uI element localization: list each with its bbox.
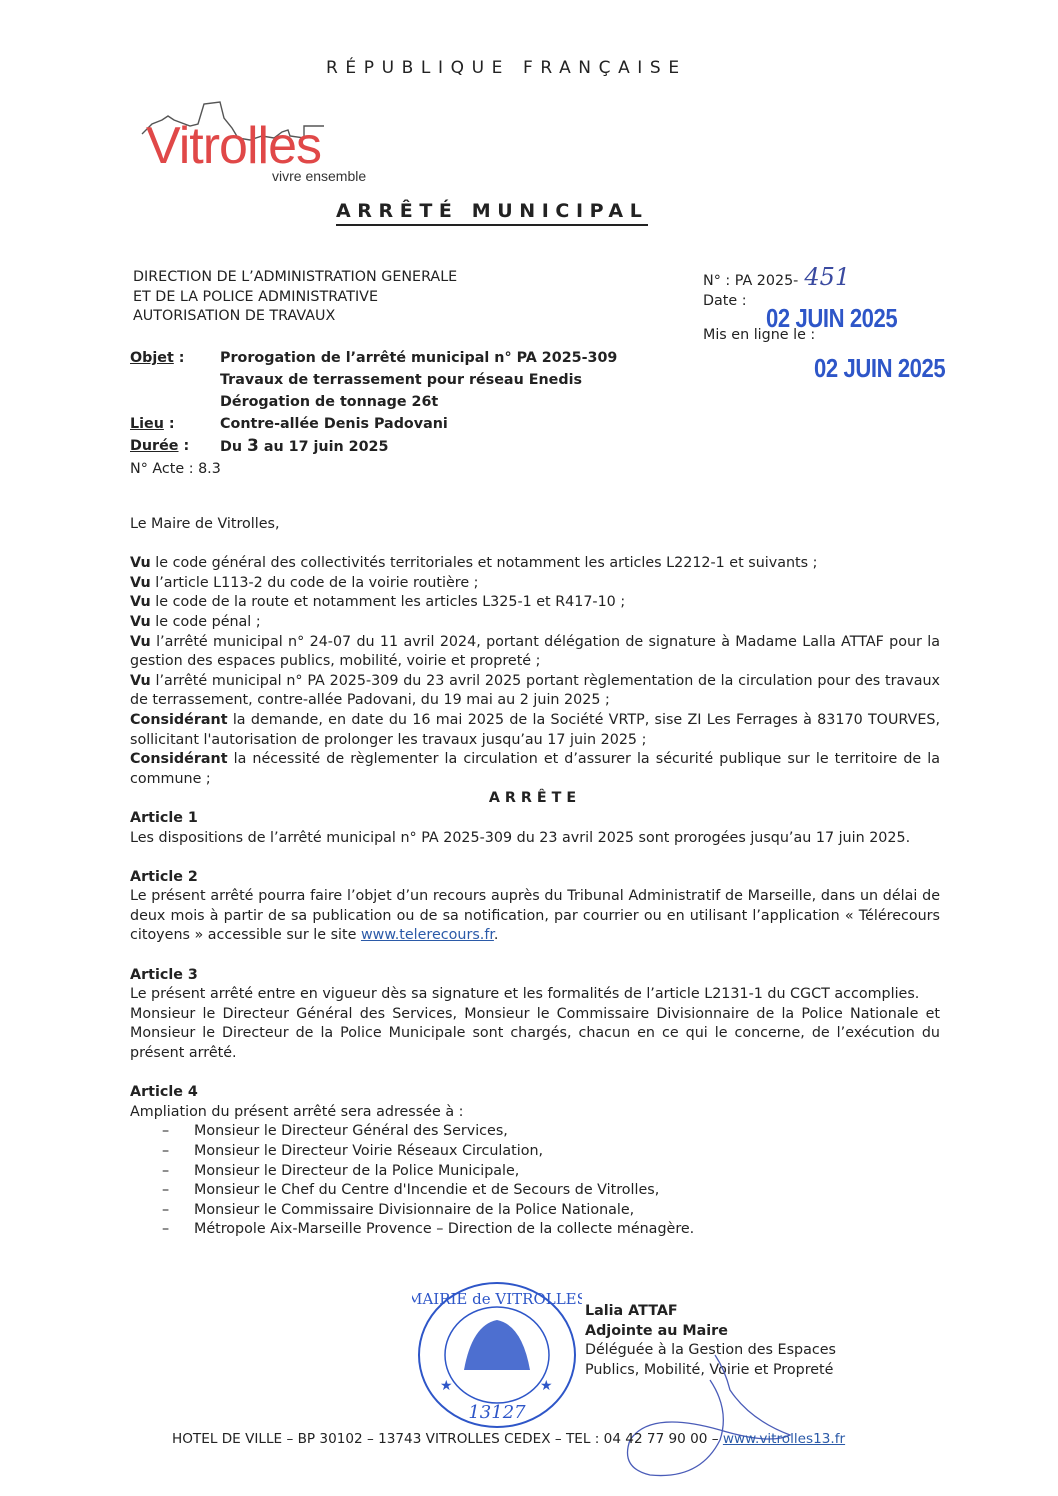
arrete-number-handwritten: 451 [804,263,850,291]
considerations-list: Vu le code général des collectivités ter… [130,554,940,789]
objet-line: Prorogation de l’arrêté municipal n° PA … [220,347,617,369]
consideration-item: Vu l’arrêté municipal n° 24-07 du 11 avr… [130,633,940,672]
direction-line: AUTORISATION DE TRAVAUX [133,307,457,327]
republique-francaise-header: RÉPUBLIQUE FRANÇAISE [326,58,687,78]
acte-number: N° Acte : 8.3 [130,458,617,480]
consideration-item: Vu le code général des collectivités ter… [130,554,940,574]
signatory-role: Adjointe au Maire [585,1323,728,1339]
lieu-value: Contre-allée Denis Padovani [220,413,448,435]
arrete-heading: ARRÊTE [130,789,940,809]
recipient-item: Monsieur le Directeur de la Police Munic… [162,1162,940,1182]
logo-wordmark: Vitrolles [146,116,321,176]
arrete-number-label: N° : PA 2025- [703,273,798,289]
consideration-item: Vu le code pénal ; [130,613,940,633]
recipient-item: Monsieur le Commissaire Divisionnaire de… [162,1201,940,1221]
subject-block: Objet : Prorogation de l’arrêté municipa… [130,347,617,480]
salutation: Le Maire de Vitrolles, [130,515,940,535]
online-date-stamp: 02 JUIN 2025 [814,353,945,384]
lieu-label: Lieu [130,416,164,432]
consideration-item: Vu le code de la route et notamment les … [130,593,940,613]
svg-text:★: ★ [440,1378,453,1394]
vitrolles-logo: Vitrolles vivre ensemble [140,96,410,196]
recipients-list: Monsieur le Directeur Général des Servic… [130,1122,940,1240]
consideration-item: Vu l’arrêté municipal n° PA 2025-309 du … [130,672,940,711]
mairie-seal-stamp-icon: 13127 ★ ★ MAIRIE de VITROLLES [412,1280,582,1430]
objet-line: Travaux de terrassement pour réseau Ened… [220,369,617,391]
svg-text:★: ★ [540,1378,553,1394]
duree-value: Du 3 au 17 juin 2025 [220,435,388,458]
objet-label: Objet [130,350,174,366]
recipient-item: Monsieur le Chef du Centre d'Incendie et… [162,1181,940,1201]
recipient-item: Monsieur le Directeur Voirie Réseaux Cir… [162,1142,940,1162]
consideration-item: Considérant la demande, en date du 16 ma… [130,711,940,750]
article-3-text-2: Monsieur le Directeur Général des Servic… [130,1005,940,1064]
direction-line: ET DE LA POLICE ADMINISTRATIVE [133,288,457,308]
article-2-text: Le présent arrêté pourra faire l’objet d… [130,887,940,946]
article-3-title: Article 3 [130,966,940,986]
decree-body: Le Maire de Vitrolles, Vu le code généra… [130,515,940,1240]
article-2-title: Article 2 [130,868,940,888]
consideration-item: Vu l’article L113-2 du code de la voirie… [130,574,940,594]
logo-tagline: vivre ensemble [272,168,366,184]
footer-address: HOTEL DE VILLE – BP 30102 – 13743 VITROL… [172,1431,845,1447]
recipient-item: Monsieur le Directeur Général des Servic… [162,1122,940,1142]
article-4-text: Ampliation du présent arrêté sera adress… [130,1103,940,1123]
article-1-text: Les dispositions de l’arrêté municipal n… [130,829,940,849]
direction-line: DIRECTION DE L’ADMINISTRATION GENERALE [133,268,457,288]
date-stamp: 02 JUIN 2025 [766,303,897,334]
consideration-item: Considérant la nécessité de règlementer … [130,750,940,789]
svg-text:13127: 13127 [468,1402,526,1423]
objet-line: Dérogation de tonnage 26t [220,391,617,413]
document-title: ARRÊTÉ MUNICIPAL [336,200,648,226]
website-link[interactable]: www.vitrolles13.fr [723,1431,845,1447]
handwritten-signature-icon [590,1350,830,1490]
duree-label: Durée [130,438,179,454]
signatory-name: Lalia ATTAF [585,1303,678,1319]
telerecours-link[interactable]: www.telerecours.fr [361,927,494,943]
direction-block: DIRECTION DE L’ADMINISTRATION GENERALE E… [133,268,457,327]
article-3-text: Le présent arrêté entre en vigueur dès s… [130,985,940,1005]
article-4-title: Article 4 [130,1083,940,1103]
recipient-item: Métropole Aix-Marseille Provence – Direc… [162,1220,940,1240]
svg-text:MAIRIE de VITROLLES: MAIRIE de VITROLLES [412,1290,582,1308]
article-1-title: Article 1 [130,809,940,829]
